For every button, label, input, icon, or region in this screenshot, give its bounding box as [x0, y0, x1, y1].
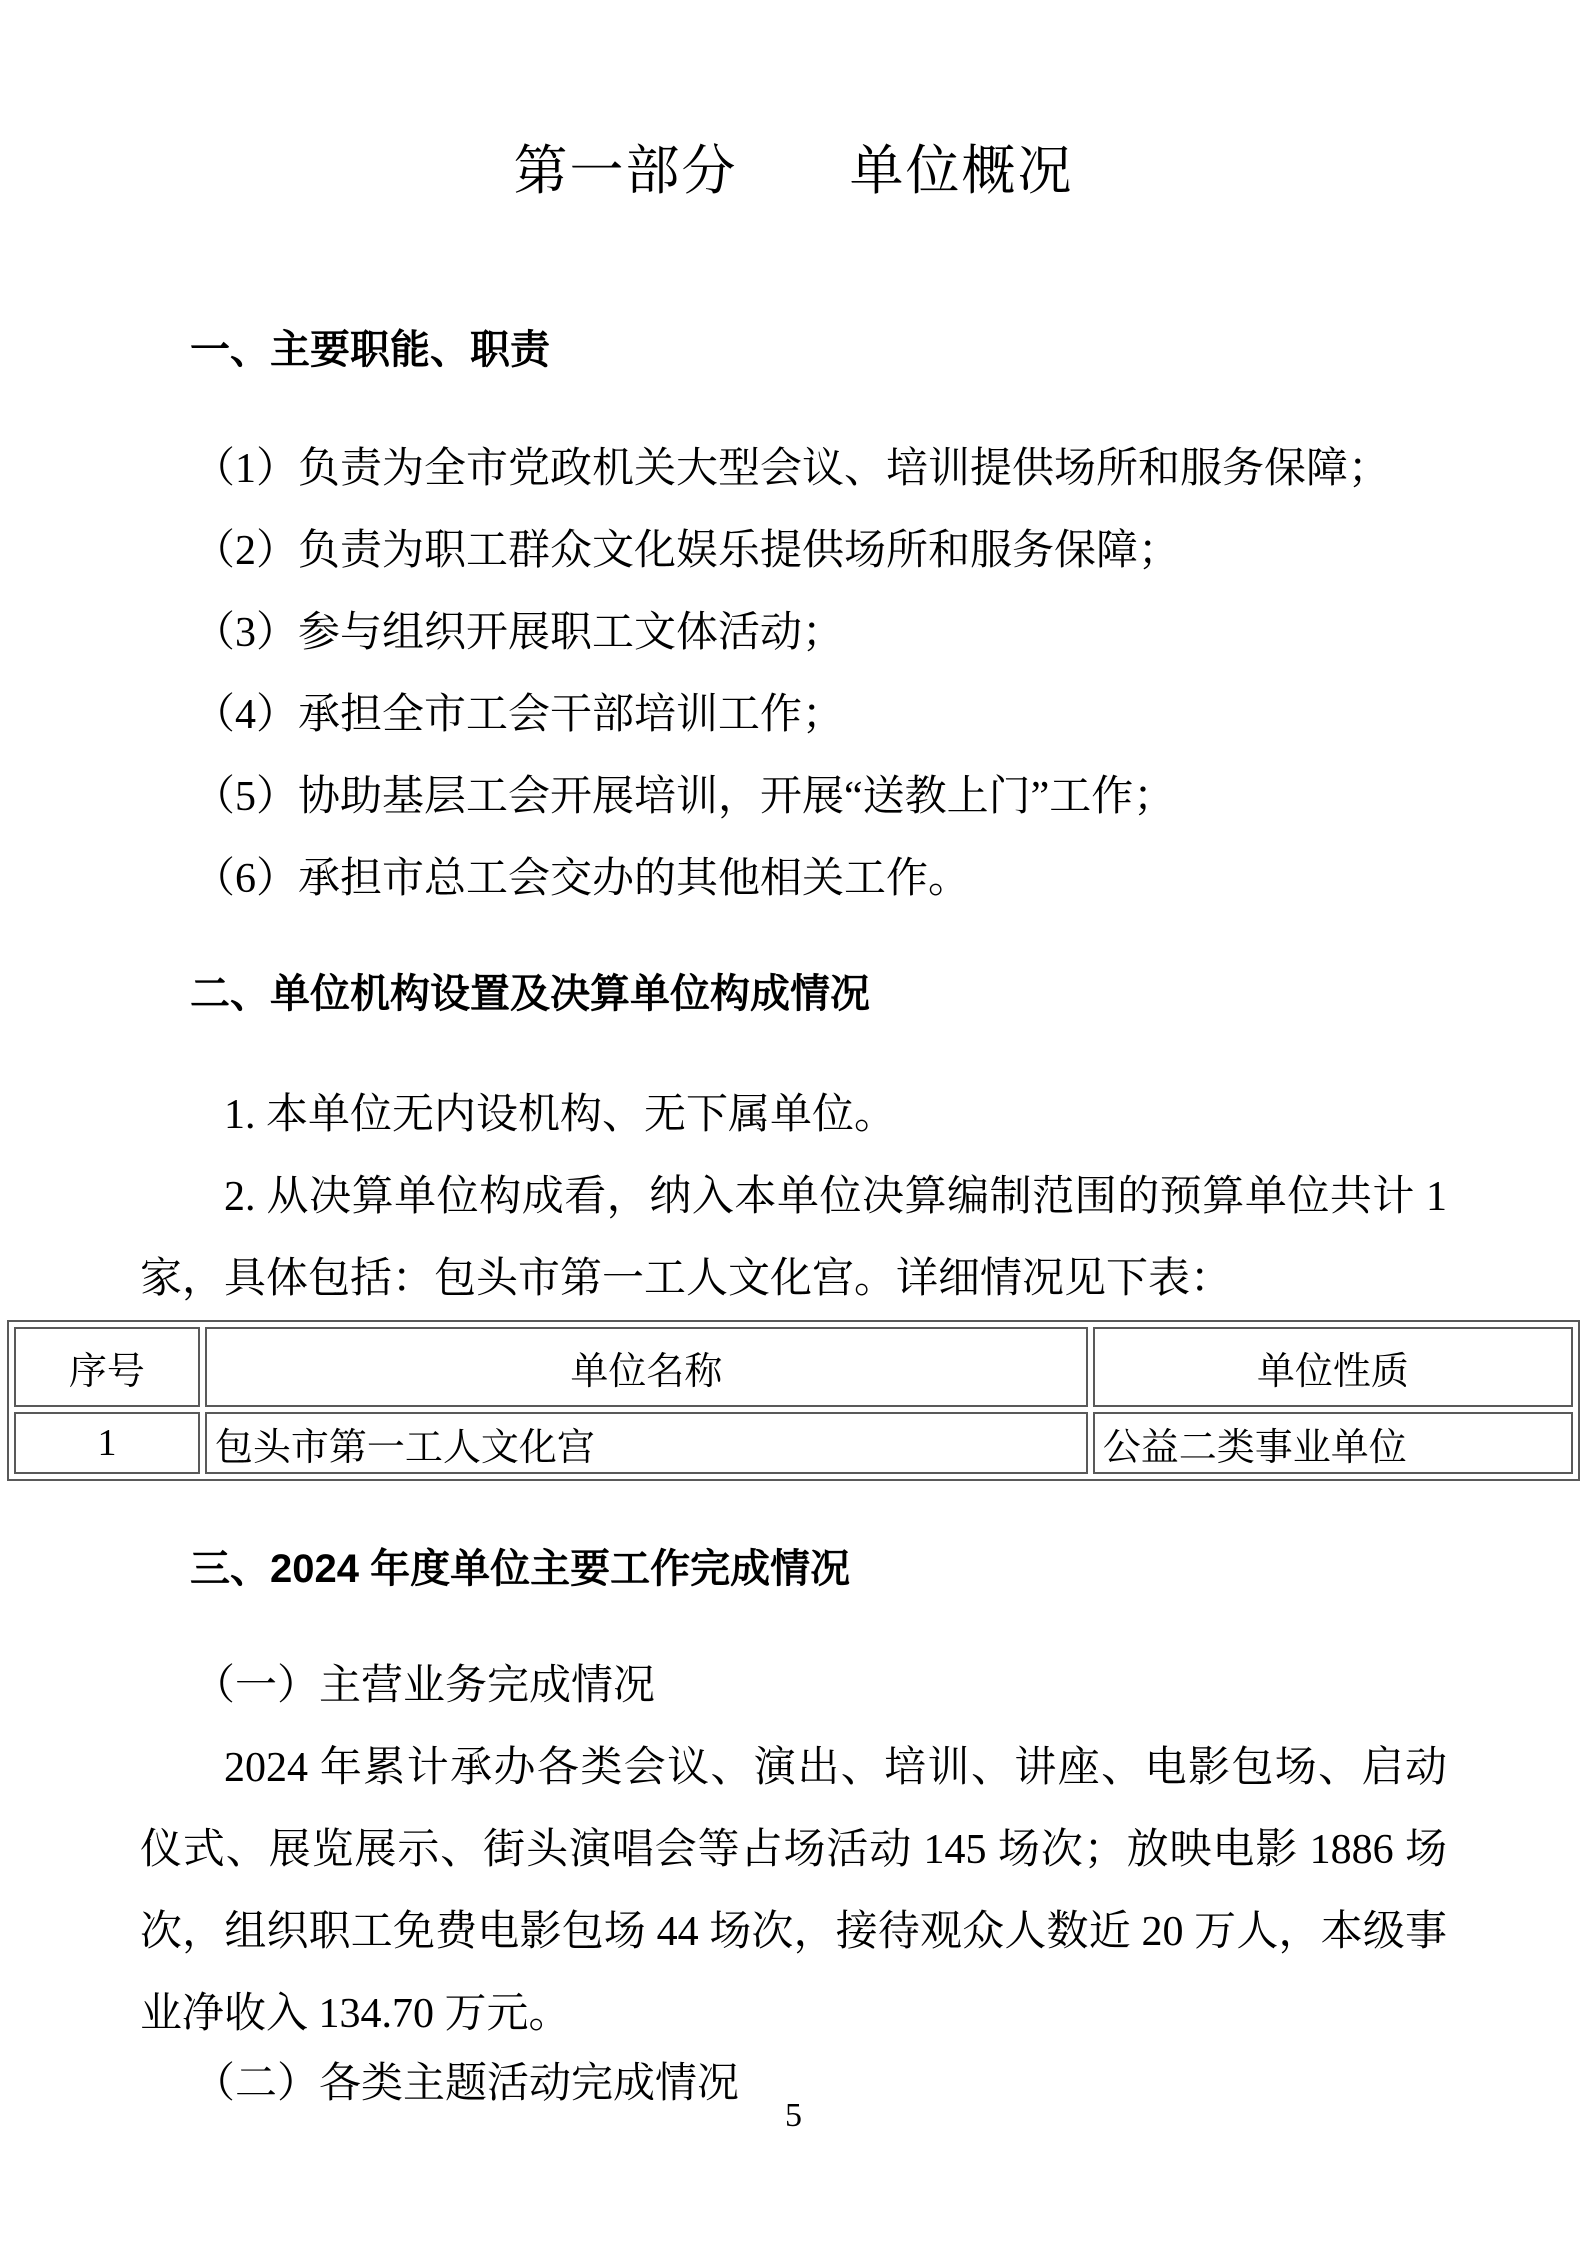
body-paragraph: 2. 从决算单位构成看，纳入本单位决算编制范围的预算单位共计 1 家，具体包括：… — [140, 1156, 1447, 1320]
duty-item: （1）负责为全市党政机关大型会议、培训提供场所和服务保障； — [140, 428, 1447, 510]
cell-index: 1 — [14, 1412, 200, 1474]
duty-item: （2）负责为职工群众文化娱乐提供场所和服务保障； — [140, 510, 1447, 592]
cell-unit-type: 公益二类事业单位 — [1093, 1412, 1573, 1474]
duty-item: （5）协助基层工会开展培训，开展“送教上门”工作； — [140, 756, 1447, 838]
cell-unit-name: 包头市第一工人文化宫 — [205, 1412, 1088, 1474]
subsection-heading-main-business: （一）主营业务完成情况 — [140, 1645, 1447, 1727]
duty-item: （3）参与组织开展职工文体活动； — [140, 592, 1447, 674]
section-heading-structure: 二、单位机构设置及决算单位构成情况 — [140, 972, 1447, 1016]
duty-list: （1）负责为全市党政机关大型会议、培训提供场所和服务保障； （2）负责为职工群众… — [140, 428, 1447, 920]
table-header-row: 序号 单位名称 单位性质 — [14, 1327, 1573, 1407]
header-cell-index: 序号 — [14, 1327, 200, 1407]
body-paragraph: 2024 年累计承办各类会议、演出、培训、讲座、电影包场、启动仪式、展览展示、街… — [140, 1727, 1447, 2055]
page-title: 第一部分 单位概况 — [0, 0, 1587, 200]
document-page: 第一部分 单位概况 一、主要职能、职责 （1）负责为全市党政机关大型会议、培训提… — [0, 0, 1587, 2245]
header-cell-unit-type: 单位性质 — [1093, 1327, 1573, 1407]
body-paragraph: 1. 本单位无内设机构、无下属单位。 — [140, 1074, 1447, 1156]
header-cell-unit-name: 单位名称 — [205, 1327, 1088, 1407]
table-row: 1 包头市第一工人文化宫 公益二类事业单位 — [14, 1412, 1573, 1474]
page-number: 5 — [0, 2099, 1587, 2133]
units-table: 序号 单位名称 单位性质 1 包头市第一工人文化宫 公益二类事业单位 — [7, 1320, 1580, 1481]
duty-item: （4）承担全市工会干部培训工作； — [140, 674, 1447, 756]
section-heading-work-completion: 三、2024 年度单位主要工作完成情况 — [140, 1547, 1447, 1591]
duty-item: （6）承担市总工会交办的其他相关工作。 — [140, 838, 1447, 920]
section-heading-duties: 一、主要职能、职责 — [140, 328, 1447, 372]
